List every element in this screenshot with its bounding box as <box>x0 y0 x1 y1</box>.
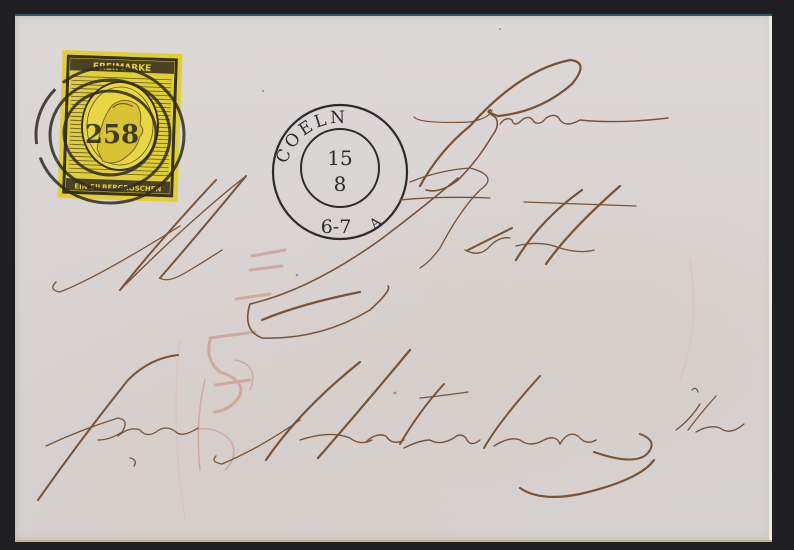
address-line-dietz <box>400 168 636 268</box>
address-line-miltenberg <box>214 350 654 497</box>
address-line-suffix <box>676 388 744 432</box>
address-line-c <box>248 178 458 338</box>
handwritten-address <box>0 0 794 550</box>
address-line-herrn <box>414 60 668 191</box>
address-line-m <box>53 176 246 292</box>
address-line-per <box>38 355 198 500</box>
